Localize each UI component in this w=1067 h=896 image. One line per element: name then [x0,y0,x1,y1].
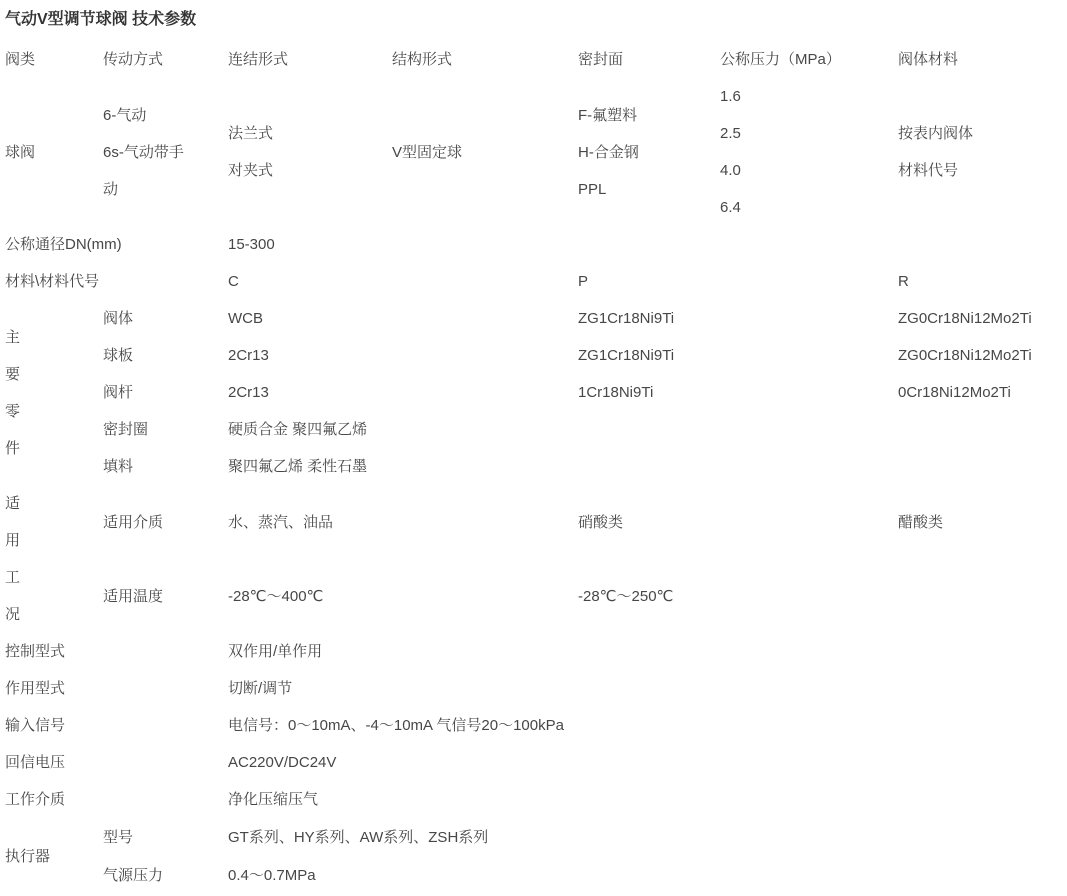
pressure-cell: 1.6 2.5 4.0 6.4 [720,78,898,226]
material-code-label: 材料\材料代号 [5,263,228,300]
dn-value: 15-300 [228,226,1067,263]
row-label: 作用型式 [5,670,228,707]
material-code-c: C [228,263,578,300]
material-code-row: 材料\材料代号 C P R [5,263,1067,300]
condition-value-c: 水、蒸汽、油品 [228,485,578,559]
connection-line: 法兰式 [228,115,392,152]
col-header-valve-class: 阀类 [5,40,103,78]
row-label: 输入信号 [5,707,228,744]
part-material-p: ZG1Cr18Ni9Ti [578,300,898,337]
body-material-line: 按表内阀体 [898,115,1067,152]
actuator-row-value: GT系列、HY系列、AW系列、ZSH系列 [228,818,1067,856]
working-medium-row: 工作介质 净化压缩压气 [5,781,1067,818]
part-name: 阀体 [103,300,228,337]
spec-page: 气动V型调节球阀 技术参数 阀类 传动方式 连结形式 结构形式 密封面 公称压力… [0,0,1067,894]
condition-value-p: -28℃～250℃ [578,559,1067,633]
part-row-body: 主 要 零 件 阀体 WCB ZG1Cr18Ni9Ti ZG0Cr18Ni12M… [5,300,1067,337]
row-label: 控制型式 [5,633,228,670]
part-name: 密封圈 [103,411,228,448]
spec-table: 阀类 传动方式 连结形式 结构形式 密封面 公称压力（MPa） 阀体材料 球阀 … [5,40,1067,894]
row-value: 电信号：0～10mA、-4～10mA 气信号20～100kPa [228,707,1067,744]
connection-line: 对夹式 [228,152,392,189]
body-material-cell: 按表内阀体 材料代号 [898,78,1067,226]
col-header-connection: 连结形式 [228,40,392,78]
working-conditions-label-char: 工 [5,559,103,596]
transmission-cell: 6-气动 6s-气动带手 动 [103,78,228,226]
part-row-seal-ring: 密封圈 硬质合金 聚四氟乙烯 [5,411,1067,448]
transmission-line: 6s-气动带手 [103,134,228,171]
part-material-c: WCB [228,300,578,337]
working-conditions-label-char: 适 [5,485,103,522]
part-row-stem: 阀杆 2Cr13 1Cr18Ni9Ti 0Cr18Ni12Mo2Ti [5,374,1067,411]
working-conditions-label-char: 用 [5,522,103,559]
dn-row: 公称通径DN(mm) 15-300 [5,226,1067,263]
main-parts-label: 主 要 零 件 [5,300,103,485]
part-name: 球板 [103,337,228,374]
condition-name: 适用温度 [103,559,228,633]
feedback-voltage-row: 回信电压 AC220V/DC24V [5,744,1067,781]
part-material-r: ZG0Cr18Ni12Mo2Ti [898,337,1067,374]
dn-label: 公称通径DN(mm) [5,226,228,263]
col-header-transmission: 传动方式 [103,40,228,78]
actuator-label: 执行器 [5,818,103,894]
part-row-ball-plate: 球板 2Cr13 ZG1Cr18Ni9Ti ZG0Cr18Ni12Mo2Ti [5,337,1067,374]
material-code-r: R [898,263,1067,300]
col-header-structure: 结构形式 [392,40,578,78]
actuator-row-name: 气源压力 [103,856,228,894]
row-label: 回信电压 [5,744,228,781]
condition-name: 适用介质 [103,485,228,559]
part-name: 阀杆 [103,374,228,411]
main-parts-label-char: 零 [5,393,103,430]
row-label: 工作介质 [5,781,228,818]
part-row-packing: 填料 聚四氟乙烯 柔性石墨 [5,448,1067,485]
condition-value-c: -28℃～400℃ [228,559,578,633]
sealing-line: PPL [578,171,720,208]
actuator-air-pressure-row: 气源压力 0.4～0.7MPa [5,856,1067,894]
page-title: 气动V型调节球阀 技术参数 [5,9,1067,31]
body-material-line: 材料代号 [898,152,1067,189]
part-material-value: 硬质合金 聚四氟乙烯 [228,411,1067,448]
input-signal-row: 输入信号 电信号：0～10mA、-4～10mA 气信号20～100kPa [5,707,1067,744]
pressure-line: 4.0 [720,152,898,189]
part-material-c: 2Cr13 [228,337,578,374]
main-parts-label-char: 要 [5,356,103,393]
connection-cell: 法兰式 对夹式 [228,78,392,226]
condition-row-temperature: 适用温度 -28℃～400℃ -28℃～250℃ [5,559,1067,633]
row-value: 双作用/单作用 [228,633,1067,670]
part-material-c: 2Cr13 [228,374,578,411]
part-name: 填料 [103,448,228,485]
condition-value-r: 醋酸类 [898,485,1067,559]
part-material-value: 聚四氟乙烯 柔性石墨 [228,448,1067,485]
structure-cell: V型固定球 [392,78,578,226]
main-parts-label-char: 件 [5,430,103,467]
pressure-line: 6.4 [720,189,898,226]
condition-value-p: 硝酸类 [578,485,898,559]
row-value: 净化压缩压气 [228,781,1067,818]
actuator-row-value: 0.4～0.7MPa [228,856,1067,894]
row-value: 切断/调节 [228,670,1067,707]
transmission-line: 动 [103,171,228,208]
actuator-row-name: 型号 [103,818,228,856]
main-row: 球阀 6-气动 6s-气动带手 动 法兰式 对夹式 V型固定球 F-氟塑料 H-… [5,78,1067,226]
part-material-p: 1Cr18Ni9Ti [578,374,898,411]
actuator-model-row: 执行器 型号 GT系列、HY系列、AW系列、ZSH系列 [5,818,1067,856]
col-header-nominal-pressure: 公称压力（MPa） [720,40,898,78]
row-value: AC220V/DC24V [228,744,1067,781]
pressure-line: 1.6 [720,78,898,115]
main-parts-label-char: 主 [5,319,103,356]
col-header-sealing-face: 密封面 [578,40,720,78]
control-type-row: 控制型式 双作用/单作用 [5,633,1067,670]
working-conditions-label: 适 用 工 况 [5,485,103,633]
part-material-r: 0Cr18Ni12Mo2Ti [898,374,1067,411]
sealing-line: H-合金钢 [578,134,720,171]
header-row: 阀类 传动方式 连结形式 结构形式 密封面 公称压力（MPa） 阀体材料 [5,40,1067,78]
valve-class-cell: 球阀 [5,78,103,226]
working-conditions-label-char: 况 [5,596,103,633]
col-header-body-material: 阀体材料 [898,40,1067,78]
condition-row-medium: 适 用 工 况 适用介质 水、蒸汽、油品 硝酸类 醋酸类 [5,485,1067,559]
transmission-line: 6-气动 [103,97,228,134]
material-code-p: P [578,263,898,300]
sealing-cell: F-氟塑料 H-合金钢 PPL [578,78,720,226]
part-material-r: ZG0Cr18Ni12Mo2Ti [898,300,1067,337]
part-material-p: ZG1Cr18Ni9Ti [578,337,898,374]
sealing-line: F-氟塑料 [578,97,720,134]
action-type-row: 作用型式 切断/调节 [5,670,1067,707]
pressure-line: 2.5 [720,115,898,152]
